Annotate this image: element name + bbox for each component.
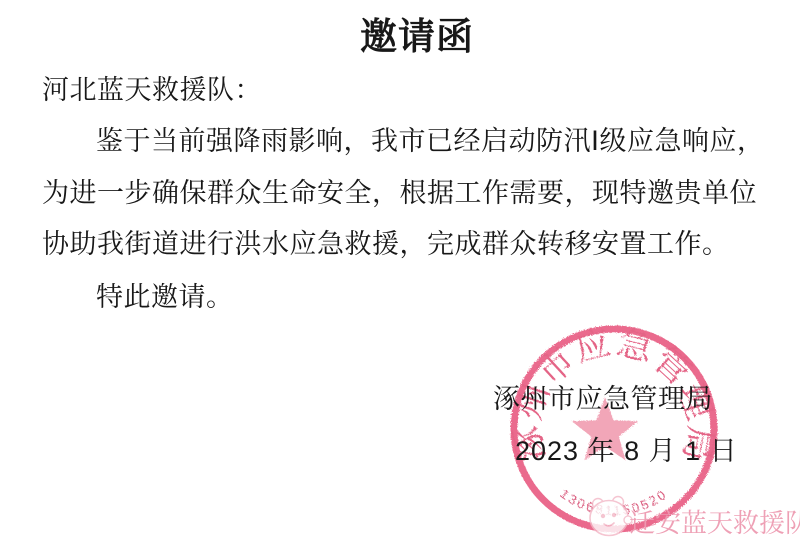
date-line: 2023 年 8 月 1 日 [515, 437, 738, 467]
body-line-2: 为进一步确保群众生命安全，根据工作需要，现特邀贵单位 [42, 179, 757, 209]
closing-line: 特此邀请。 [96, 283, 234, 313]
salutation-line: 河北蓝天救援队： [42, 76, 262, 106]
body-line-1: 鉴于当前强降雨影响，我市已经启动防汛Ⅰ级应急响应， [96, 127, 764, 157]
invitation-letter-page: 邀请函 河北蓝天救援队： 鉴于当前强降雨影响，我市已经启动防汛Ⅰ级应急响应， 为… [0, 0, 800, 552]
document-title: 邀请函 [17, 18, 800, 55]
body-line-3: 协助我街道进行洪水应急救援，完成群众转移安置工作。 [42, 230, 730, 260]
signature-line: 涿州市应急管理局 [493, 385, 713, 415]
watermark-text: 迁安蓝天救援队 [629, 503, 800, 540]
